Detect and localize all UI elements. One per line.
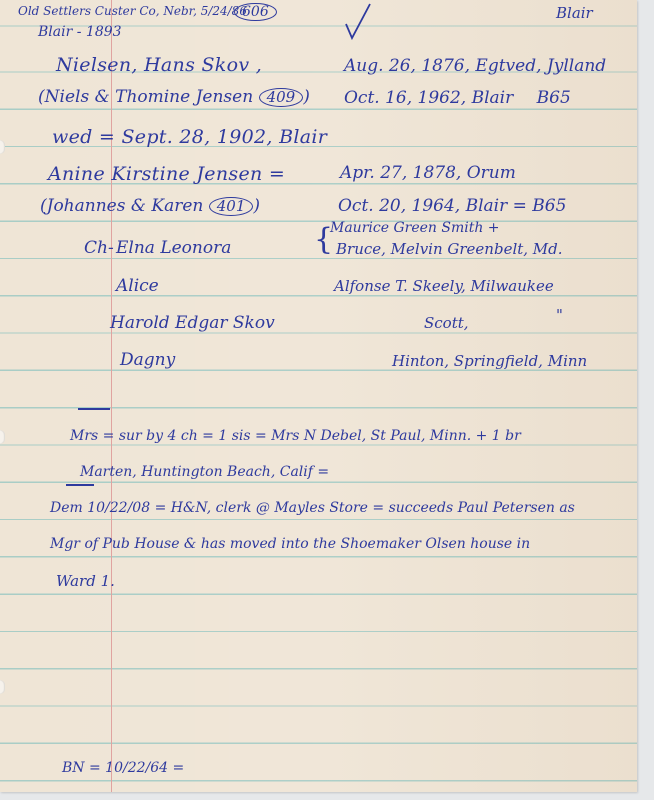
margin-line xyxy=(111,0,112,792)
person-parents: (Niels & Thomine Jensen 409) xyxy=(38,87,310,107)
note-line: Ward 1. xyxy=(56,572,115,590)
spouse-parents-text: (Johannes & Karen xyxy=(40,196,203,216)
note-line: Mgr of Pub House & has moved into the Sh… xyxy=(50,536,530,552)
note-line: Marten, Huntington Beach, Calif = xyxy=(80,464,329,480)
notebook-page: Old Settlers Custer Co, Nebr, 5/24/86 60… xyxy=(0,0,637,792)
child-spouse: Maurice Green Smith + xyxy=(330,220,500,236)
source-note: Old Settlers Custer Co, Nebr, 5/24/86 xyxy=(18,4,247,18)
child-spouse-line2: Bruce, Melvin Greenbelt, Md. xyxy=(336,240,563,258)
person-name: Nielsen, Hans Skov , xyxy=(56,54,262,76)
person-birth: Aug. 26, 1876, Egtved, Jylland xyxy=(344,56,606,76)
paren: ) xyxy=(253,196,260,216)
person-death-text: Oct. 16, 1962, Blair xyxy=(344,88,513,108)
place-tag: Blair xyxy=(556,4,593,22)
person-parents-text: (Niels & Thomine Jensen xyxy=(38,87,253,107)
paren: ) xyxy=(303,87,310,107)
child-spouse: Hinton, Springfield, Minn xyxy=(392,352,587,370)
person-death: Oct. 16, 1962, Blair B65 xyxy=(344,88,571,108)
spouse-parents-number: 401 xyxy=(209,197,254,216)
torn-edge xyxy=(0,0,8,792)
marriage: wed = Sept. 28, 1902, Blair xyxy=(52,126,327,148)
note-line: Mrs = sur by 4 ch = 1 sis = Mrs N Debel,… xyxy=(70,428,521,444)
section-divider xyxy=(78,408,110,410)
spouse-parents: (Johannes & Karen 401) xyxy=(40,196,260,216)
spouse-birth: Apr. 27, 1878, Orum xyxy=(340,163,516,183)
children-label: Ch- xyxy=(84,238,114,258)
spouse-death: Oct. 20, 1964, Blair = B65 xyxy=(338,196,566,216)
ditto-mark: " xyxy=(556,306,563,324)
child-name: Harold Edgar Skov xyxy=(110,313,275,333)
spouse-name: Anine Kirstine Jensen = xyxy=(48,163,285,185)
child-spouse: Alfonse T. Skeely, Milwaukee xyxy=(334,277,554,295)
binder-hole xyxy=(0,140,5,154)
record-number-circle: 606 xyxy=(234,3,277,21)
underline xyxy=(66,484,94,486)
child-name: Dagny xyxy=(120,350,175,370)
arrival-note: Blair - 1893 xyxy=(38,24,122,40)
child-name: Elna Leonora xyxy=(116,238,231,258)
person-parents-number: 409 xyxy=(259,88,304,107)
note-line: Dem 10/22/08 = H&N, clerk @ Mayles Store… xyxy=(50,500,575,516)
record-number: 606 xyxy=(234,3,277,21)
footer-note: BN = 10/22/64 = xyxy=(62,760,184,776)
binder-hole xyxy=(0,680,5,694)
checkmark-icon xyxy=(344,2,374,42)
binder-hole xyxy=(0,430,5,444)
person-burial: B65 xyxy=(537,88,571,108)
child-spouse: Scott, xyxy=(424,314,469,332)
child-name: Alice xyxy=(116,276,159,296)
